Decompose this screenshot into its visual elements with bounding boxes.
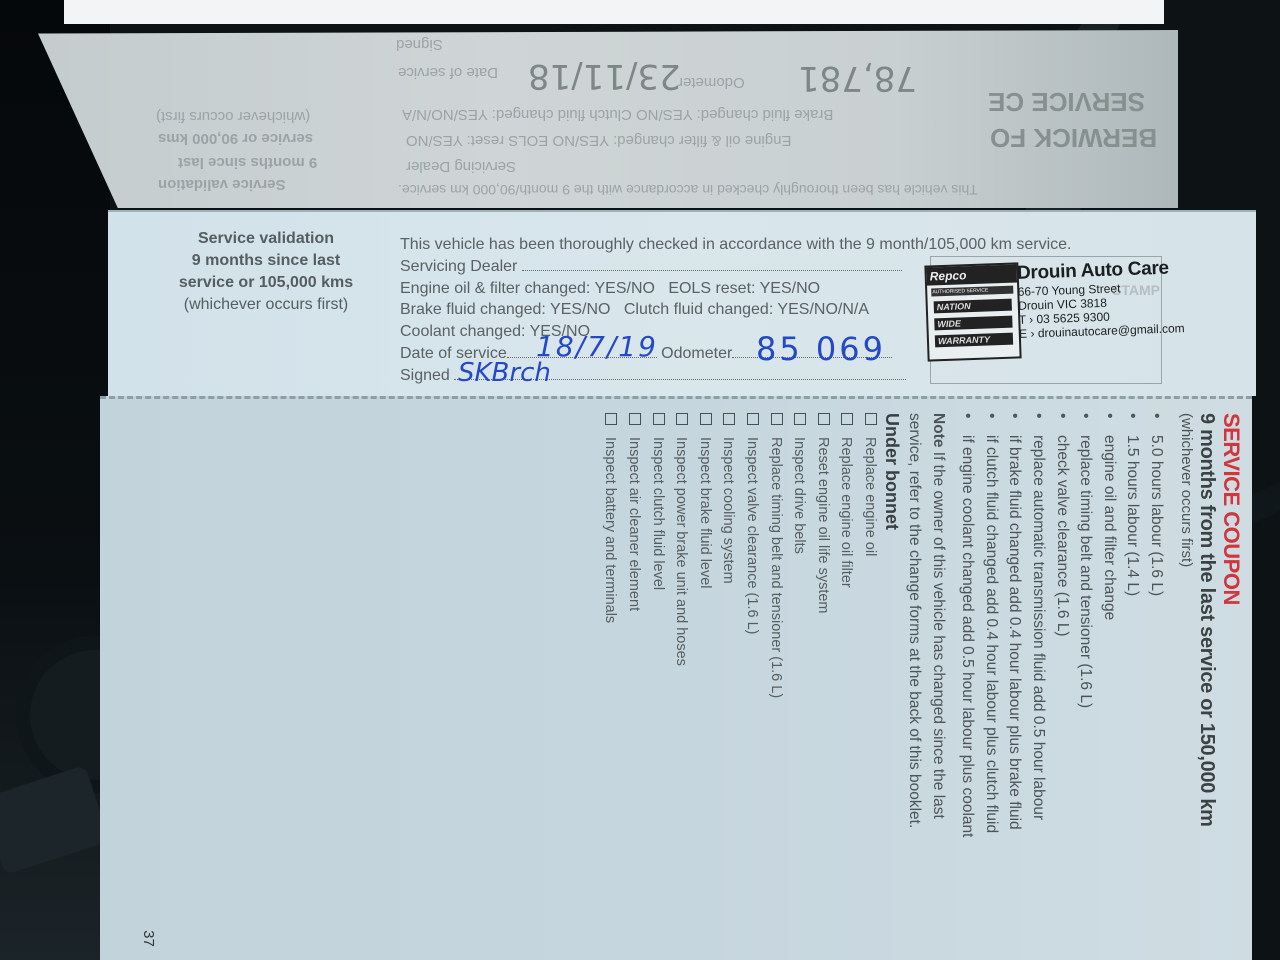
checkbox[interactable]: [865, 413, 877, 425]
mirror-intro: This vehicle has been thoroughly checked…: [398, 182, 978, 198]
checklist-item-label: Inspect valve clearance (1.6 L): [744, 437, 760, 634]
note-label: Note: [930, 413, 947, 447]
coupon-title: SERVICE COUPON: [1218, 413, 1244, 960]
validation-line4: (whichever occurs first): [156, 294, 376, 316]
mirror-engine-oil: Engine oil & filter changed: YES/NO EOLS…: [406, 132, 791, 149]
checklist-item: Inspect air cleaner element: [621, 413, 645, 960]
checkbox[interactable]: [605, 413, 617, 425]
handwritten-date: 18/7/19: [536, 330, 658, 363]
checklist-item-label: Inspect air cleaner element: [626, 437, 642, 611]
checklist-item: Replace engine oil: [857, 413, 881, 960]
previous-page-edge: [64, 0, 1164, 24]
mirror-stamp-heading1: SERVICE CE: [988, 86, 1145, 117]
checklist-item: Inspect battery and terminals: [598, 413, 622, 960]
checklist-item-label: Inspect battery and terminals: [602, 437, 618, 623]
coupon-rotated-content: SERVICE COUPON 9 months from the last se…: [100, 399, 1252, 960]
dealer-stamp: Drouin Auto Care 66-70 Young Street Drou…: [1017, 257, 1185, 341]
checklist-item-label: Replace engine oil: [862, 437, 878, 556]
checkbox[interactable]: [818, 413, 830, 425]
back-page-mirrored: Service validation 9 months since last s…: [38, 30, 1178, 208]
service-validation-strip: Service validation 9 months since last s…: [108, 210, 1256, 396]
clutch-fluid-label: Clutch fluid changed: YES/NO/N/A: [624, 301, 869, 318]
coupon-bullet-item: if brake fluid changed add 0.4 hour labo…: [1003, 413, 1027, 960]
checklist-item: Inspect clutch fluid level: [645, 413, 669, 960]
mirror-odometer-label: Odometer: [678, 74, 745, 91]
coupon-subtitle: 9 months from the last service or 150,00…: [1195, 413, 1218, 960]
checkbox[interactable]: [676, 413, 688, 425]
checklist-item: Replace timing belt and tensioner (1.6 L…: [763, 413, 787, 960]
repco-tagline: AUTHORISED SERVICE: [931, 286, 1013, 297]
service-coupon-page: SERVICE COUPON 9 months from the last se…: [100, 396, 1252, 960]
coupon-bullet-item: replace timing belt and tensioner (1.6 L…: [1074, 413, 1098, 960]
checkbox[interactable]: [794, 413, 806, 425]
mirror-brake: Brake fluid changed: YES/NO Clutch fluid…: [402, 106, 833, 123]
servicing-dealer-field[interactable]: [522, 257, 902, 271]
warranty-line-3: WARRANTY: [935, 333, 1013, 348]
odometer-label: Odometer: [661, 345, 732, 362]
checklist-item-label: Inspect drive belts: [791, 437, 807, 554]
handwritten-signature: SKBrch: [458, 358, 551, 388]
checklist-item: Inspect drive belts: [787, 413, 811, 960]
coupon-bullets: 5.0 hours labour (1.6 L)1.5 hours labour…: [956, 413, 1168, 960]
validation-heading: Service validation: [156, 228, 376, 250]
coupon-bullet-item: 5.0 hours labour (1.6 L): [1144, 413, 1168, 960]
checkbox[interactable]: [771, 413, 783, 425]
eols-reset-label: EOLS reset: YES/NO: [668, 280, 820, 297]
repco-logo: Repco AUTHORISED SERVICE NATION WIDE WAR…: [924, 262, 1021, 361]
checklist-item-label: Replace engine oil filter: [838, 437, 854, 588]
mirror-heading: Service validation: [158, 176, 286, 193]
mirror-line3: service or 90,000 kms: [158, 130, 313, 147]
checklist-item: Inspect valve clearance (1.6 L): [739, 413, 763, 960]
under-bonnet-checklist: Replace engine oilReplace engine oil fil…: [598, 413, 881, 960]
mirror-dealer: Servicing Dealer: [406, 158, 516, 175]
coupon-bullet-item: if engine coolant changed add 0.5 hour l…: [956, 413, 980, 960]
checklist-item: Reset engine oil life system: [810, 413, 834, 960]
page-number: 37: [140, 930, 157, 947]
mirror-signed-label: Signed: [396, 36, 443, 53]
servicing-dealer-label: Servicing Dealer: [400, 258, 517, 275]
under-bonnet-section: Under bonnet Replace engine oilReplace e…: [598, 413, 902, 960]
checklist-item-label: Replace timing belt and tensioner (1.6 L…: [768, 437, 784, 698]
checkbox[interactable]: [841, 413, 853, 425]
coupon-bullet-item: check valve clearance (1.6 L): [1050, 413, 1074, 960]
checklist-item-label: Inspect brake fluid level: [697, 437, 713, 589]
warranty-line-1: NATION: [934, 299, 1012, 314]
coupon-paren: (whichever occurs first): [1178, 413, 1195, 960]
coupon-header: SERVICE COUPON 9 months from the last se…: [1178, 413, 1244, 960]
checklist-item-label: Reset engine oil life system: [815, 437, 831, 614]
validation-line3: service or 105,000 kms: [156, 272, 376, 294]
repco-brand: Repco: [926, 264, 1017, 285]
coupon-bullet-item: if clutch fluid changed add 0.4 hour lab…: [979, 413, 1003, 960]
validation-summary: Service validation 9 months since last s…: [156, 228, 376, 316]
coupon-bullet-item: engine oil and filter change: [1097, 413, 1121, 960]
under-bonnet-heading: Under bonnet: [881, 413, 902, 960]
checklist-item-label: Inspect power brake unit and hoses: [673, 437, 689, 666]
coupon-note: Note If the owner of this vehicle has ch…: [903, 413, 950, 853]
checkbox[interactable]: [629, 413, 641, 425]
mirror-date-value: 23/11/18: [528, 56, 681, 96]
checkbox[interactable]: [653, 413, 665, 425]
checkbox[interactable]: [700, 413, 712, 425]
handwritten-odometer: 85 069: [756, 330, 886, 368]
coupon-bullet-item: replace automatic transmission fluid add…: [1026, 413, 1050, 960]
note-text: If the owner of this vehicle has changed…: [906, 413, 947, 828]
checkbox[interactable]: [723, 413, 735, 425]
coupon-bullet-item: 1.5 hours labour (1.4 L): [1121, 413, 1145, 960]
checklist-item: Inspect power brake unit and hoses: [669, 413, 693, 960]
validation-line2: 9 months since last: [156, 250, 376, 272]
warranty-line-2: WIDE: [934, 316, 1012, 331]
mirror-date-label: Date of service: [398, 64, 498, 81]
validation-intro: This vehicle has been thoroughly checked…: [400, 234, 1072, 256]
checklist-item-label: Inspect clutch fluid level: [650, 437, 666, 590]
checklist-item: Inspect brake fluid level: [692, 413, 716, 960]
checkbox[interactable]: [747, 413, 759, 425]
checklist-item: Inspect cooling system: [716, 413, 740, 960]
checklist-item: Replace engine oil filter: [834, 413, 858, 960]
engine-oil-label: Engine oil & filter changed: YES/NO: [400, 280, 655, 297]
mirror-line2: 9 months since last: [178, 154, 317, 171]
checklist-item-label: Inspect cooling system: [720, 437, 736, 584]
brake-fluid-label: Brake fluid changed: YES/NO: [400, 301, 611, 318]
signed-label: Signed: [400, 367, 450, 384]
mirror-odometer-value: 78,781: [798, 58, 917, 98]
mirror-stamp-heading2: BERWICK FO: [990, 122, 1157, 153]
mirror-line4: (whichever occurs first): [156, 108, 310, 125]
